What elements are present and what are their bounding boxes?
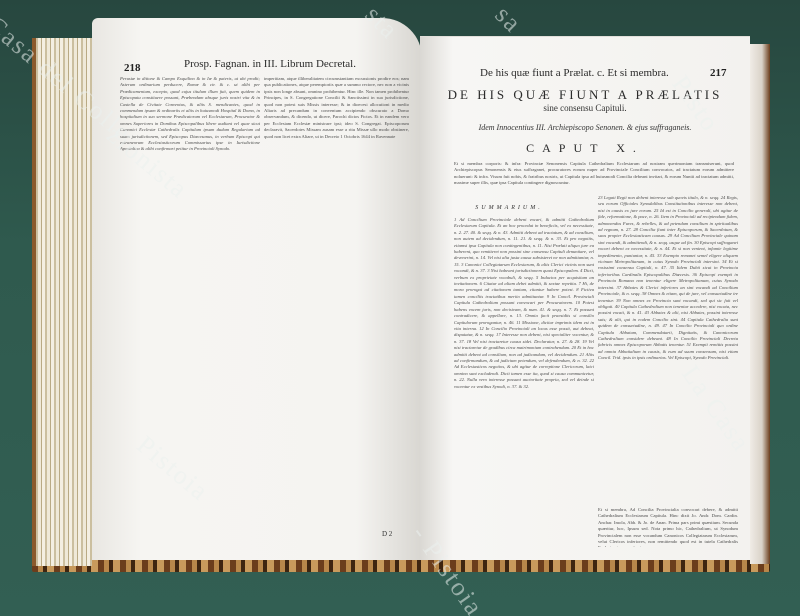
right-page: De his quæ fiunt a Prælat. c. Et si memb… [420, 36, 750, 560]
page-number: 218 [124, 62, 141, 74]
page-number: 217 [710, 67, 727, 79]
intro-text: Et si membra corporis: & infra: Provinci… [454, 161, 734, 199]
chapter-subtitle: sine consensu Capituli. [420, 103, 750, 113]
running-head: Prosp. Fagnan. in III. Librum Decretal. [184, 58, 356, 70]
text-column-1: Perusiæ in ditione & Campo Exquilino & i… [120, 76, 260, 516]
caput-heading: CAPUT X. [420, 141, 750, 156]
left-page: 218 Prosp. Fagnan. in III. Librum Decret… [92, 18, 422, 560]
book-cover-edge [32, 558, 770, 572]
chapter-title: DE HIS QUÆ FIUNT A PRÆLATIS [420, 87, 750, 103]
text-column-2: imperitiam, atque illiberalitatem circum… [264, 76, 409, 496]
summarium-column-1: 1 Ad Concilium Provinciale debent vocari… [454, 217, 594, 517]
signature-mark: D 2 [382, 530, 392, 538]
commentary-text: Et si membra, Ad Concilia Provincialia c… [598, 507, 738, 547]
attribution: Idem Innocentius III. Archiepiscopo Seno… [420, 123, 750, 132]
summarium-heading: SUMMARIUM. [434, 205, 584, 211]
page-stack-right [750, 44, 770, 564]
page-stack-left [32, 38, 92, 566]
open-book: 218 Prosp. Fagnan. in III. Librum Decret… [20, 10, 760, 582]
running-head: De his quæ fiunt a Prælat. c. Et si memb… [480, 67, 669, 79]
summarium-column-2: 23 Legati Regii non debent interesse sub… [598, 195, 738, 507]
